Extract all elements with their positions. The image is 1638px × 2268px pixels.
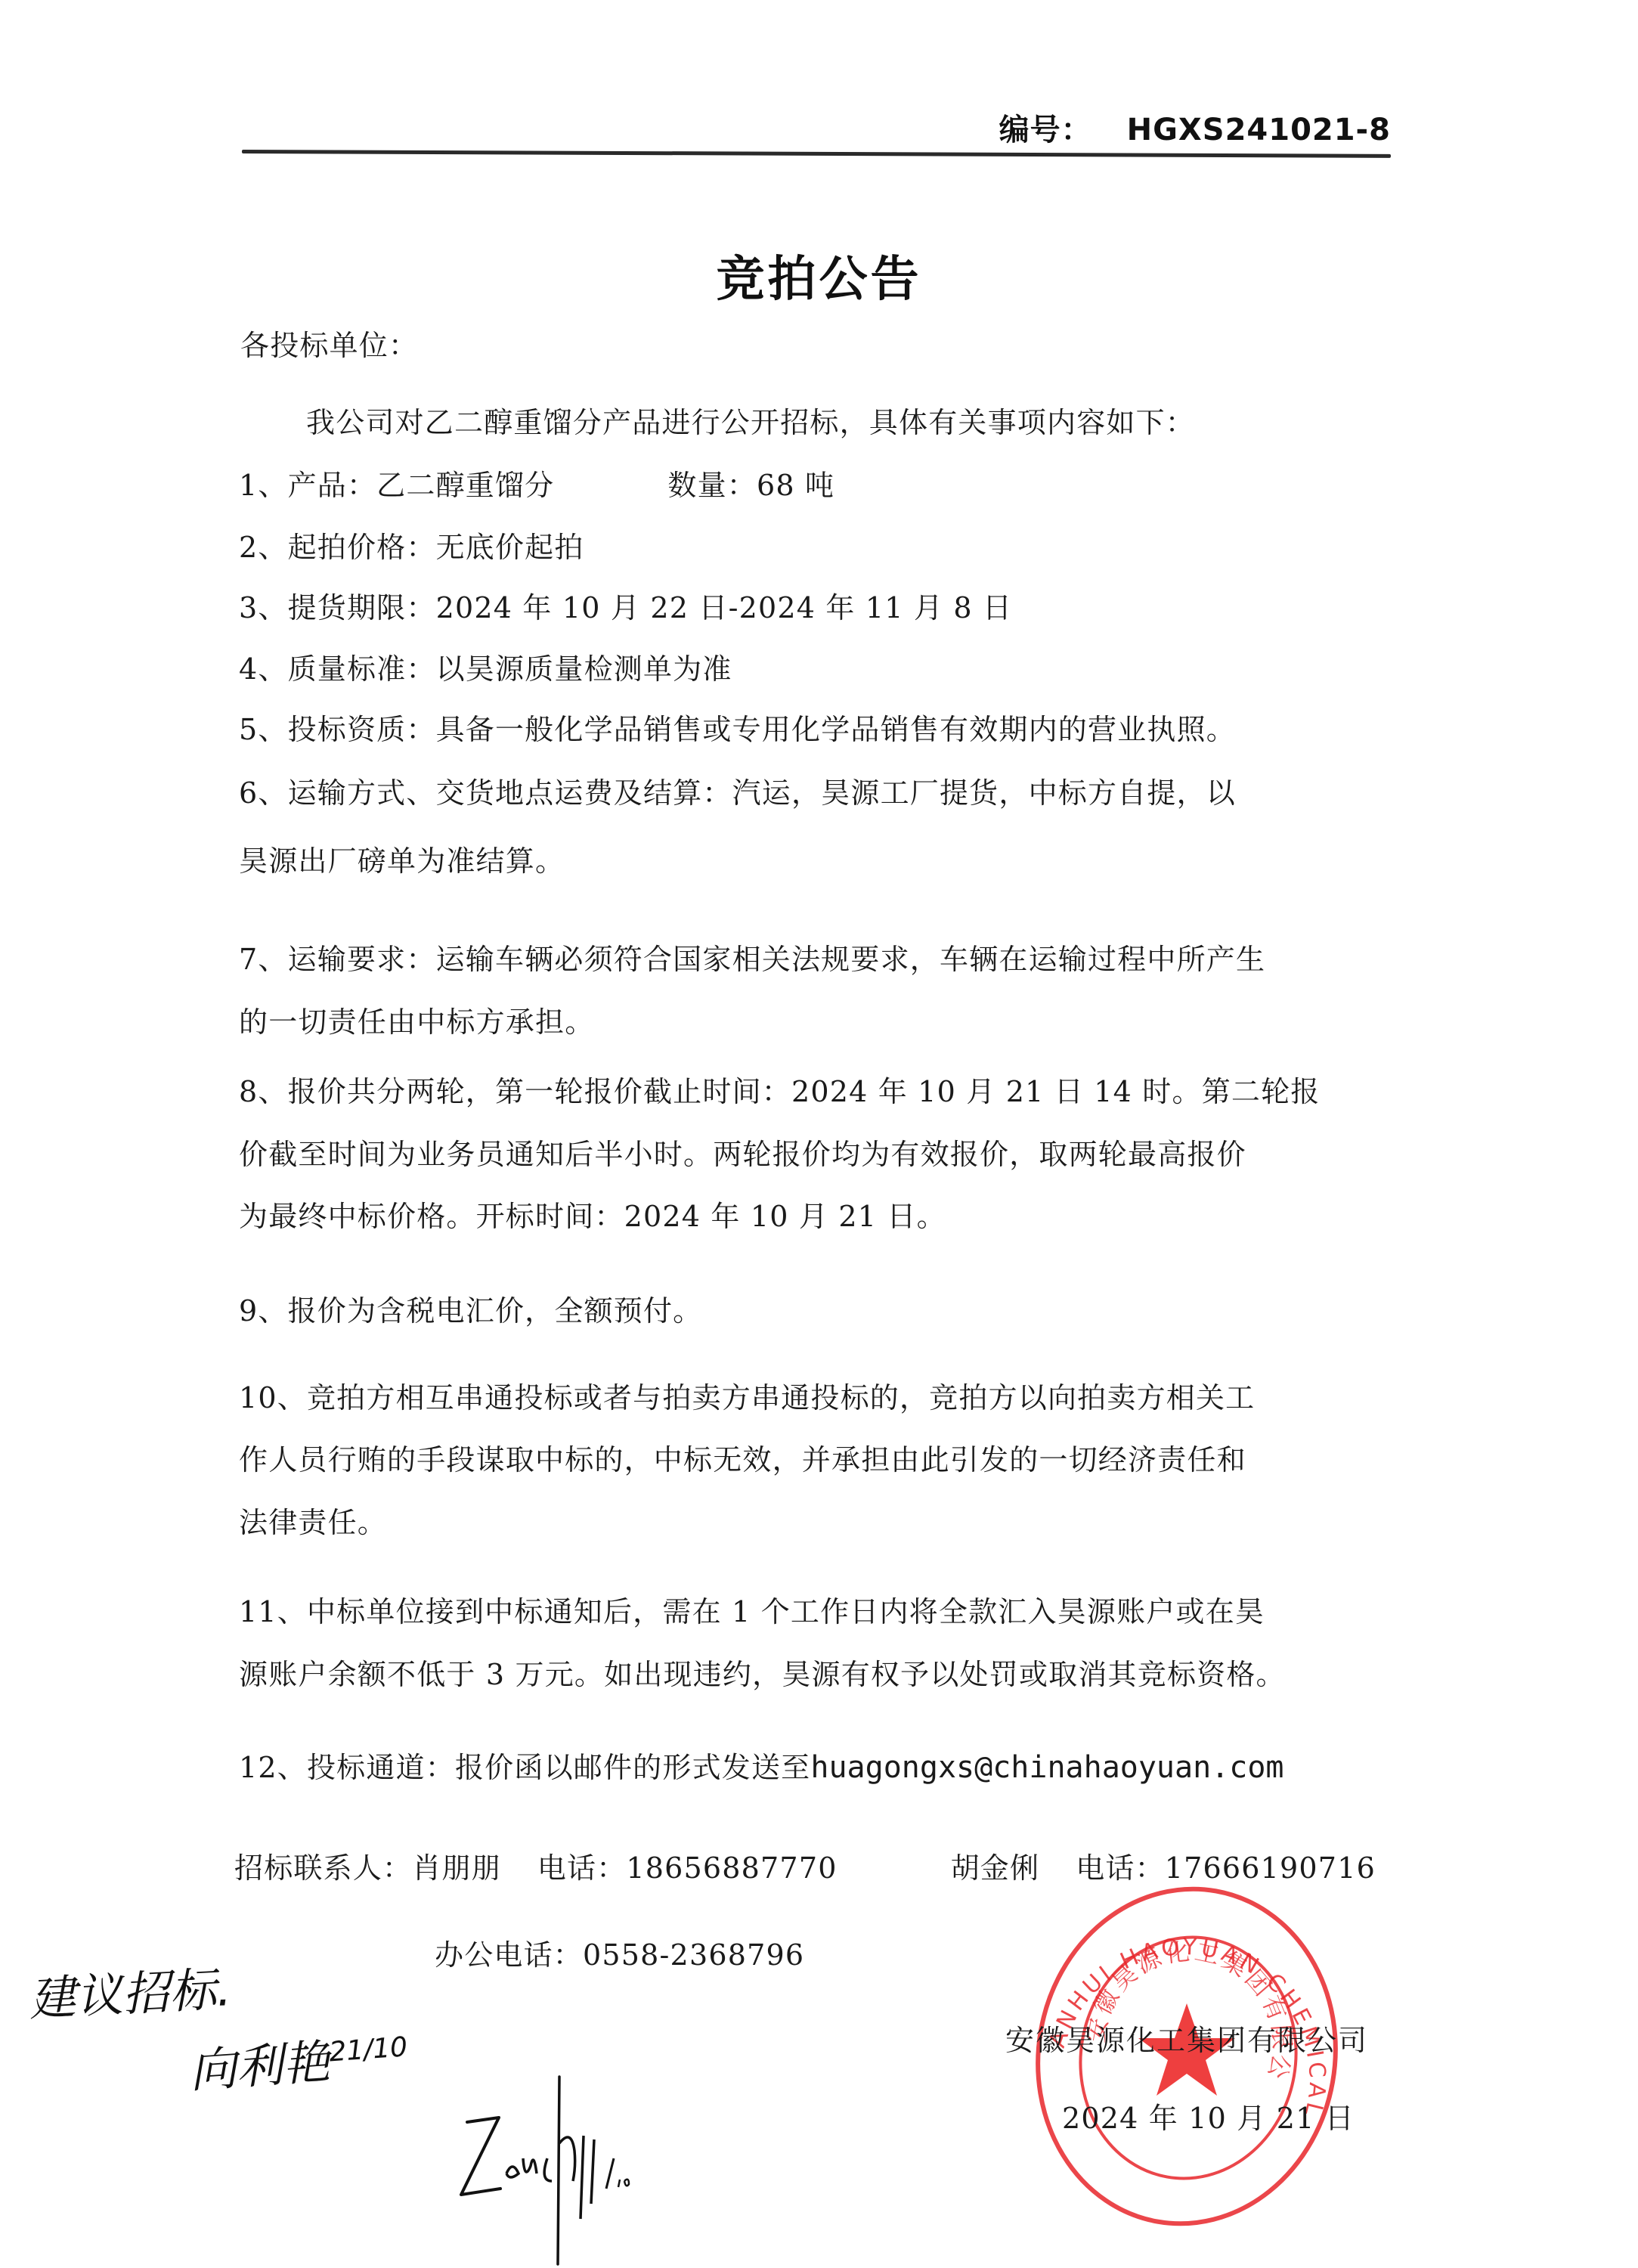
item-number: 4、 — [239, 652, 288, 686]
svg-text:ANHUI HAOYUAN CHEMICAL GROUP C: ANHUI HAOYUAN CHEMICAL GROUP CO.,LTD — [1013, 1860, 1361, 2122]
item-number: 7、 — [239, 943, 288, 976]
phone-label: 电话： — [537, 1851, 627, 1885]
contact-label: 招标联系人： — [234, 1851, 412, 1885]
item-text: 竞拍方相互串通投标或者与拍卖方串通投标的，竞拍方以向拍卖方相关工 — [307, 1381, 1255, 1414]
seal-outer-text: ANHUI HAOYUAN CHEMICAL GROUP CO.,LTD — [1013, 1860, 1361, 2122]
item-number: 10、 — [239, 1381, 307, 1414]
item-text: 报价共分两轮，第一轮报价截止时间：2024 年 10 月 21 日 14 时。第… — [288, 1075, 1321, 1108]
email-link[interactable]: huagongxs@chinahaoyuan.com — [810, 1750, 1283, 1785]
list-item-3: 3、提货期限：2024 年 10 月 22 日-2024 年 11 月 8 日 — [239, 593, 1012, 622]
item-number: 1、 — [239, 469, 288, 502]
item-text: 运输要求：运输车辆必须符合国家相关法规要求，车辆在运输过程中所产生 — [288, 943, 1266, 976]
item-number: 8、 — [239, 1075, 288, 1108]
list-item-4: 4、质量标准：以昊源质量检测单为准 — [239, 655, 732, 683]
item-number: 6、 — [239, 776, 288, 810]
item-text: 产品：乙二醇重馏分 — [288, 469, 555, 502]
list-item-2: 2、起拍价格：无底价起拍 — [239, 533, 584, 562]
item-text: 运输方式、交货地点运费及结算：汽运，昊源工厂提货，中标方自提，以 — [288, 776, 1236, 810]
item-number: 9、 — [239, 1294, 288, 1328]
list-item-1: 1、产品：乙二醇重馏分数量：68 吨 — [239, 471, 834, 500]
list-item-10-cont1: 作人员行贿的手段谋取中标的，中标无效，并承担由此引发的一切经济责任和 — [239, 1445, 1246, 1474]
item-number: 11、 — [239, 1595, 307, 1628]
list-item-8: 8、报价共分两轮，第一轮报价截止时间：2024 年 10 月 21 日 14 时… — [239, 1077, 1321, 1106]
item-text: 起拍价格：无底价起拍 — [288, 531, 584, 564]
signature-icon — [454, 2068, 680, 2268]
item-quantity: 数量：68 吨 — [667, 469, 834, 502]
page-title: 竞拍公告 — [0, 240, 1638, 310]
list-item-10: 10、竞拍方相互串通投标或者与拍卖方串通投标的，竞拍方以向拍卖方相关工 — [239, 1383, 1255, 1412]
item-text: 投标资质：具备一般化学品销售或专用化学品销售有效期内的营业执照。 — [288, 713, 1236, 746]
list-item-11: 11、中标单位接到中标通知后，需在 1 个工作日内将全款汇入昊源账户或在昊 — [239, 1597, 1265, 1626]
contact-person-1: 肖朋朋 — [412, 1851, 501, 1885]
office-phone: 0558-2368796 — [583, 1938, 804, 1972]
list-item-6: 6、运输方式、交货地点运费及结算：汽运，昊源工厂提货，中标方自提，以 — [239, 779, 1236, 807]
item-text: 中标单位接到中标通知后，需在 1 个工作日内将全款汇入昊源账户或在昊 — [307, 1595, 1265, 1628]
salutation: 各投标单位： — [240, 331, 418, 360]
issuer-company: 安徽昊源化工集团有限公司 — [1005, 2026, 1368, 2055]
contact-phone-1: 18656887770 — [626, 1851, 837, 1885]
item-number: 5、 — [239, 713, 288, 746]
document-number-label: 编号： — [999, 113, 1092, 147]
list-item-9: 9、报价为含税电汇价，全额预付。 — [239, 1297, 702, 1325]
list-item-10-cont2: 法律责任。 — [239, 1508, 387, 1537]
list-item-5: 5、投标资质：具备一般化学品销售或专用化学品销售有效期内的营业执照。 — [239, 715, 1236, 744]
list-item-12: 12、投标通道：报价函以邮件的形式发送至huagongxs@chinahaoyu… — [239, 1752, 1284, 1783]
office-phone-line: 办公电话：0558-2368796 — [435, 1941, 804, 1969]
handwritten-name: 向利艳 — [187, 2034, 332, 2099]
handwritten-date: 21/10 — [328, 2031, 408, 2068]
document-number-value: HGXS241021-8 — [1127, 113, 1391, 147]
list-item-8-cont2: 为最终中标价格。开标时间：2024 年 10 月 21 日。 — [239, 1202, 946, 1231]
list-item-11-cont: 源账户余额不低于 3 万元。如出现违约，昊源有权予以处罚或取消其竞标资格。 — [239, 1660, 1286, 1689]
item-number: 2、 — [239, 531, 288, 564]
item-text: 质量标准：以昊源质量检测单为准 — [288, 652, 732, 686]
office-phone-label: 办公电话： — [435, 1938, 583, 1972]
item-number: 3、 — [239, 591, 288, 624]
handwritten-note-line2: 向利艳21/10 — [187, 2019, 410, 2101]
item-text: 报价为含税电汇价，全额预付。 — [288, 1294, 703, 1328]
item-number: 12、 — [239, 1751, 307, 1784]
intro-paragraph: 我公司对乙二醇重馏分产品进行公开招标，具体有关事项内容如下： — [306, 408, 1195, 437]
header-rule — [242, 150, 1391, 158]
list-item-7: 7、运输要求：运输车辆必须符合国家相关法规要求，车辆在运输过程中所产生 — [239, 945, 1265, 974]
issue-date: 2024 年 10 月 21 日 — [1062, 2104, 1355, 2133]
document-number: 编号：HGXS241021-8 — [999, 106, 1391, 149]
handwritten-note-line1: 建议招标. — [27, 1951, 233, 2029]
list-item-7-cont: 的一切责任由中标方承担。 — [239, 1008, 594, 1036]
list-item-8-cont1: 价截至时间为业务员通知后半小时。两轮报价均为有效报价，取两轮最高报价 — [239, 1140, 1246, 1169]
item-text: 提货期限：2024 年 10 月 22 日-2024 年 11 月 8 日 — [288, 591, 1013, 624]
item-text: 投标通道：报价函以邮件的形式发送至 — [307, 1751, 810, 1784]
list-item-6-cont: 昊源出厂磅单为准结算。 — [239, 847, 565, 875]
